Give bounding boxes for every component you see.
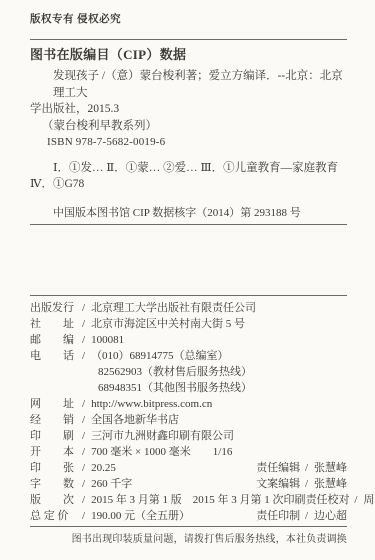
slash-separator: / [82,300,85,316]
cip-description-line1: 发现孩子 /（意）蒙台梭利著；爱立方编译．--北京：北京理工大 [30,68,347,101]
row-address: 社 址/北京市海淀区中关村南大街 5 号 [30,316,347,332]
copyright-page: 版权专有 侵权必究 图书在版编目（CIP）数据 发现孩子 /（意）蒙台梭利著；爱… [0,0,375,560]
credit-name: 张慧峰 [314,478,347,490]
row-phone-3: 68948351（其他图书服务热线） [30,380,347,396]
slash-separator: / [82,460,85,476]
row-wordcount: 字 数/260 千字 文案编辑 /张慧峰 [30,476,347,492]
cip-record-number: 中国版本图书馆 CIP 数据核字（2014）第 293188 号 [30,205,347,221]
row-distribution: 经 销/全国各地新华书店 [30,412,347,428]
row-publisher: 出版发行/北京理工大学出版社有限责任公司 [30,300,347,316]
row-value: 全国各地新华书店 [91,412,179,428]
row-phone: 电 话/（010）68914775（总编室） [30,348,347,364]
cip-description-line2: 学出版社，2015.3 [30,101,347,118]
row-phone-2: 82562903（教材售后服务热线） [30,364,347,380]
slash-separator: / [305,510,308,522]
credit-label: 文案编辑 [256,478,300,490]
credit-label: 责任编辑 [256,462,300,474]
row-label: 电 话 [30,348,80,364]
slash-separator: / [354,494,357,506]
credit-name: 张慧峰 [314,462,347,474]
row-value: 700 毫米 × 1000 毫米 1/16 [91,444,232,460]
slash-separator: / [82,508,85,524]
copyright-notice: 版权专有 侵权必究 [30,12,347,27]
credit-name: 边心超 [314,510,347,522]
row-label: 经 销 [30,412,80,428]
cip-classification: Ⅰ．①发… Ⅱ．①蒙… ②爱… Ⅲ．①儿童教育—家庭教育 Ⅳ．①G78 [30,160,347,192]
row-value: 20.25 [91,460,116,476]
row-printing: 印 刷/三河市九洲财鑫印刷有限公司 [30,428,347,444]
row-label: 印 张 [30,460,80,476]
slash-separator: / [82,476,85,492]
row-format: 开 本/700 毫米 × 1000 毫米 1/16 [30,444,347,460]
row-value: 260 千字 [91,476,132,492]
slash-separator: / [305,478,308,490]
row-sheets: 印 张/20.25 责任编辑 /张慧峰 [30,460,347,476]
row-label: 印 刷 [30,428,80,444]
editor-credit: 责任印制 /边心超 [256,508,347,524]
row-label: 版 次 [30,492,80,508]
row-value: 2015 年 3 月第 1 版 2015 年 3 月第 1 次印刷 [91,492,306,508]
editor-credit: 文案编辑 /张慧峰 [256,476,347,492]
slash-separator: / [82,412,85,428]
credit-label: 责任校对 [306,494,350,506]
classification-line2: Ⅳ．①G78 [30,176,347,192]
row-label: 网 址 [30,396,80,412]
row-value: （010）68914775（总编室） [91,348,229,364]
editor-credit: 责任校对 /周瑞红 [306,492,375,508]
row-label: 总 定 价 [30,508,80,524]
slash-separator: / [82,492,85,508]
divider-colophon-top [30,295,347,296]
slash-separator: / [82,396,85,412]
divider-bottom [30,526,347,527]
row-value: 北京理工大学出版社有限责任公司 [91,300,256,316]
row-website: 网 址/http://www.bitpress.com.cn [30,396,347,412]
row-value: 82562903（教材售后服务热线） [30,364,252,380]
row-label: 开 本 [30,444,80,460]
isbn: ISBN 978-7-5682-0019-6 [30,134,347,150]
cip-description: 发现孩子 /（意）蒙台梭利著；爱立方编译．--北京：北京理工大 学出版社，201… [30,68,347,118]
row-price: 总 定 价/190.00 元（全五册） 责任印制 /边心超 [30,508,347,524]
row-label: 邮 编 [30,332,80,348]
series-title: （蒙台梭利早教系列） [30,118,347,134]
row-value: 190.00 元（全五册） [91,508,190,524]
credit-label: 责任印制 [256,510,300,522]
row-label: 出版发行 [30,300,80,316]
divider-top [30,39,347,40]
slash-separator: / [82,316,85,332]
editor-credit: 责任编辑 /张慧峰 [256,460,347,476]
slash-separator: / [305,462,308,474]
credit-name: 周瑞红 [363,494,375,506]
service-note: 图书出现印装质量问题，请拨打售后服务热线，本社负责调换 [30,533,347,547]
row-edition: 版 次/2015 年 3 月第 1 版 2015 年 3 月第 1 次印刷 责任… [30,492,347,508]
classification-line1: Ⅰ．①发… Ⅱ．①蒙… ②爱… Ⅲ．①儿童教育—家庭教育 [30,160,347,176]
row-value: 北京市海淀区中关村南大街 5 号 [91,316,245,332]
row-postcode: 邮 编/100081 [30,332,347,348]
slash-separator: / [82,444,85,460]
row-value: 三河市九洲财鑫印刷有限公司 [91,428,234,444]
slash-separator: / [82,348,85,364]
row-label: 字 数 [30,476,80,492]
blank-gap [30,225,347,295]
website-url: http://www.bitpress.com.cn [91,396,212,412]
colophon: 出版发行/北京理工大学出版社有限责任公司 社 址/北京市海淀区中关村南大街 5 … [30,300,347,524]
row-value: 68948351（其他图书服务热线） [30,380,252,396]
cip-heading: 图书在版编目（CIP）数据 [30,45,347,64]
slash-separator: / [82,332,85,348]
row-value: 100081 [91,332,124,348]
row-label: 社 址 [30,316,80,332]
slash-separator: / [82,428,85,444]
